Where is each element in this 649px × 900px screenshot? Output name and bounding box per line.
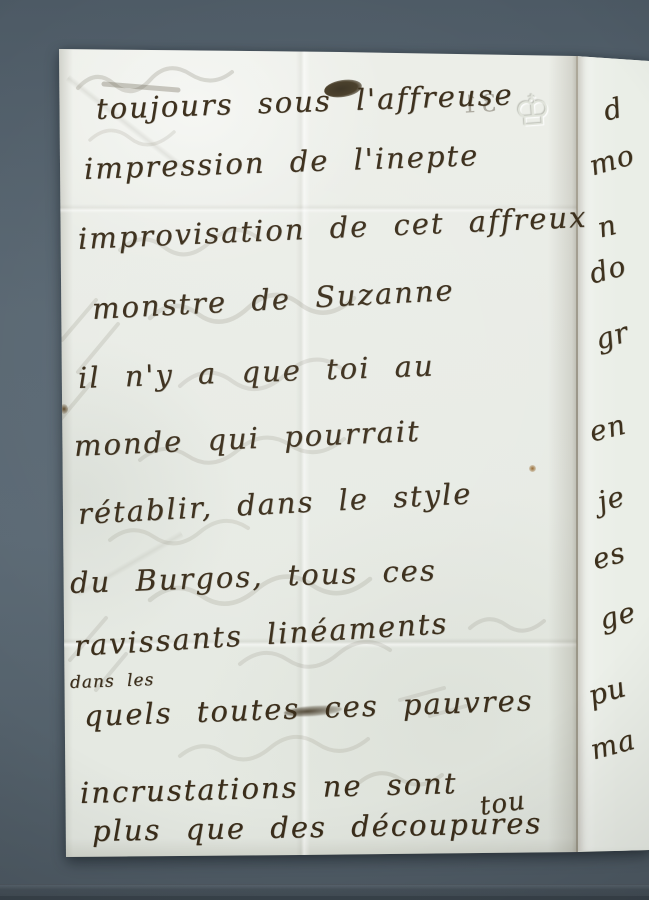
handwriting-line: rétablir, dans le style: [77, 476, 473, 531]
letter-paper: ♔ 31 toujours sous l'affreuse impression…: [0, 0, 649, 900]
center-fold-line: [576, 54, 578, 852]
rust-spot: [529, 465, 536, 472]
letter-paper-wrapper: ♔ 31 toujours sous l'affreuse impression…: [0, 0, 649, 900]
handwriting-line: incrustations ne sont: [80, 766, 458, 810]
handwriting-line: monde qui pourrait: [73, 414, 421, 463]
handwriting-line: monstre de Suzanne: [91, 273, 455, 326]
crown-emboss-icon: ♔: [513, 89, 553, 134]
ink-dot: [60, 404, 68, 414]
handwriting-line: impression de l'inepte: [83, 138, 479, 186]
handwriting-line: il n'y a que toi au: [77, 349, 435, 395]
page-fragment: tou: [478, 786, 528, 822]
handwriting-line: improvisation de cet affreux: [77, 200, 588, 256]
handwriting-line: toujours sous l'affreuse: [95, 77, 514, 126]
handwriting-line: du Burgos, tous ces: [69, 553, 437, 600]
interline-insertion: dans les: [70, 670, 155, 693]
fold-shadow: [548, 52, 576, 852]
paper-left-edge-shading: [59, 49, 73, 857]
handwriting-line: ravissants linéaments: [73, 606, 449, 663]
